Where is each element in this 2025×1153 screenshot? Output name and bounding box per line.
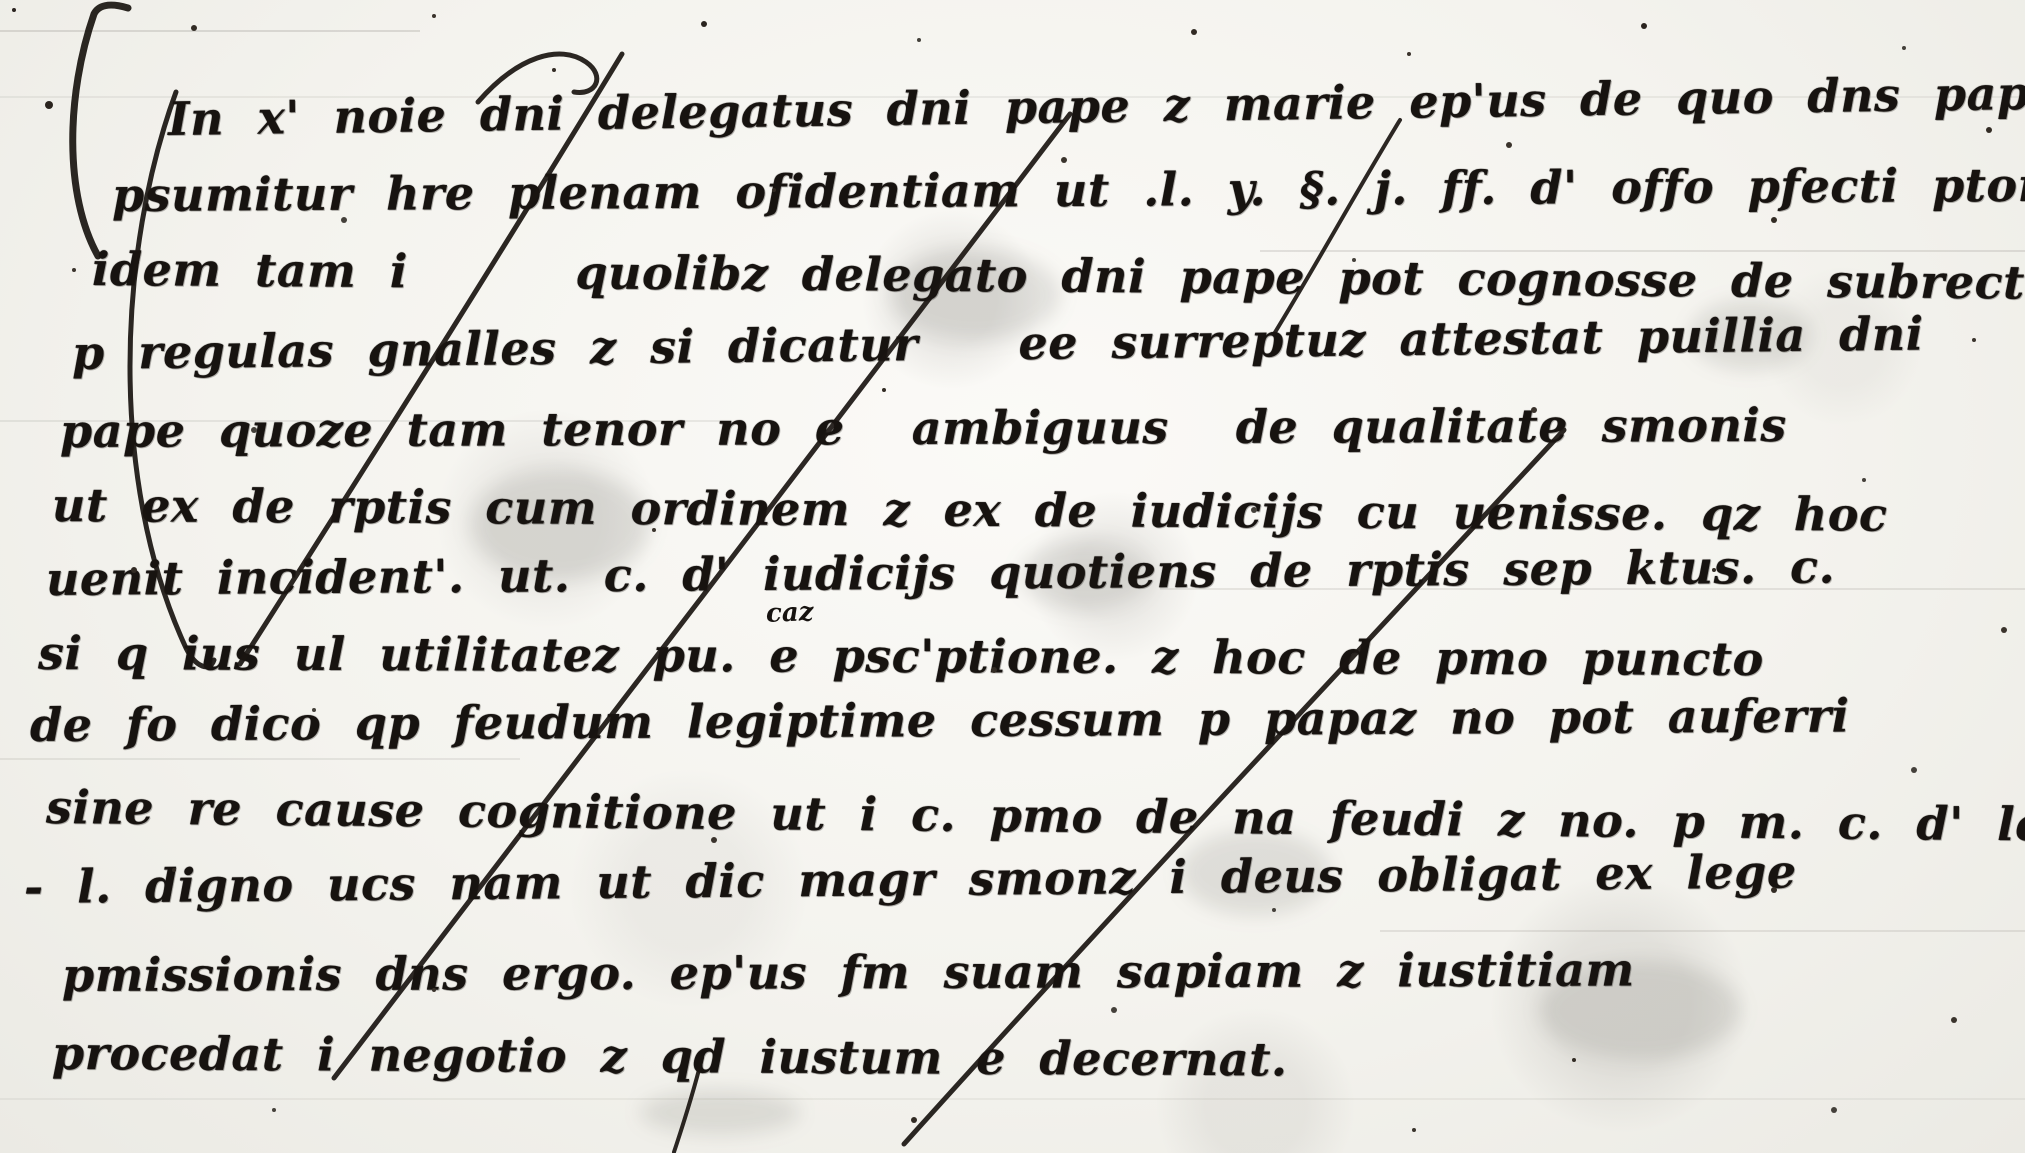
manuscript-line: si q ius ul utilitatez pu. e psc'ptione.… <box>38 630 1764 682</box>
ink-smudge <box>640 1090 800 1135</box>
manuscript-line: pmissionis dns ergo. ep'us fm suam sapia… <box>62 947 1635 998</box>
manuscript-line: p regulas gnalles z si dicatur ee surrep… <box>72 311 1924 376</box>
scan-streak <box>0 1098 2025 1100</box>
manuscript-line: de fo dico qp feudum legiptime cessum p … <box>30 692 1850 748</box>
ink-speckles <box>12 8 16 12</box>
manuscript-page: In x' noie dni delegatus dni pape z mari… <box>0 0 2025 1153</box>
scan-streak <box>1380 930 2025 932</box>
scan-streak <box>0 758 520 760</box>
manuscript-line: pape quoze tam tenor no e ambiguus de qu… <box>60 402 1787 454</box>
manuscript-line: - l. digno ucs nam ut dic magr smonz i d… <box>24 849 1797 910</box>
manuscript-line: psumitur hre plenam ofidentiam ut .l. y.… <box>112 162 2025 218</box>
manuscript-line: In x' noie dni delegatus dni pape z mari… <box>168 70 2025 142</box>
interlinear-note: caz <box>765 597 813 629</box>
manuscript-line: sine re cause cognitione ut i c. pmo de … <box>46 784 2025 849</box>
manuscript-line: idem tam i quolibz delegato dni pape pot… <box>92 246 2025 306</box>
manuscript-line: procedat i negotio z qd iustum e decerna… <box>52 1030 1288 1082</box>
manuscript-line: ut ex de rptis cum ordinem z ex de iudic… <box>52 482 1888 538</box>
scan-streak <box>0 30 420 32</box>
manuscript-line: uenit incident'. ut. c. d' iudicijs quot… <box>46 544 1835 602</box>
